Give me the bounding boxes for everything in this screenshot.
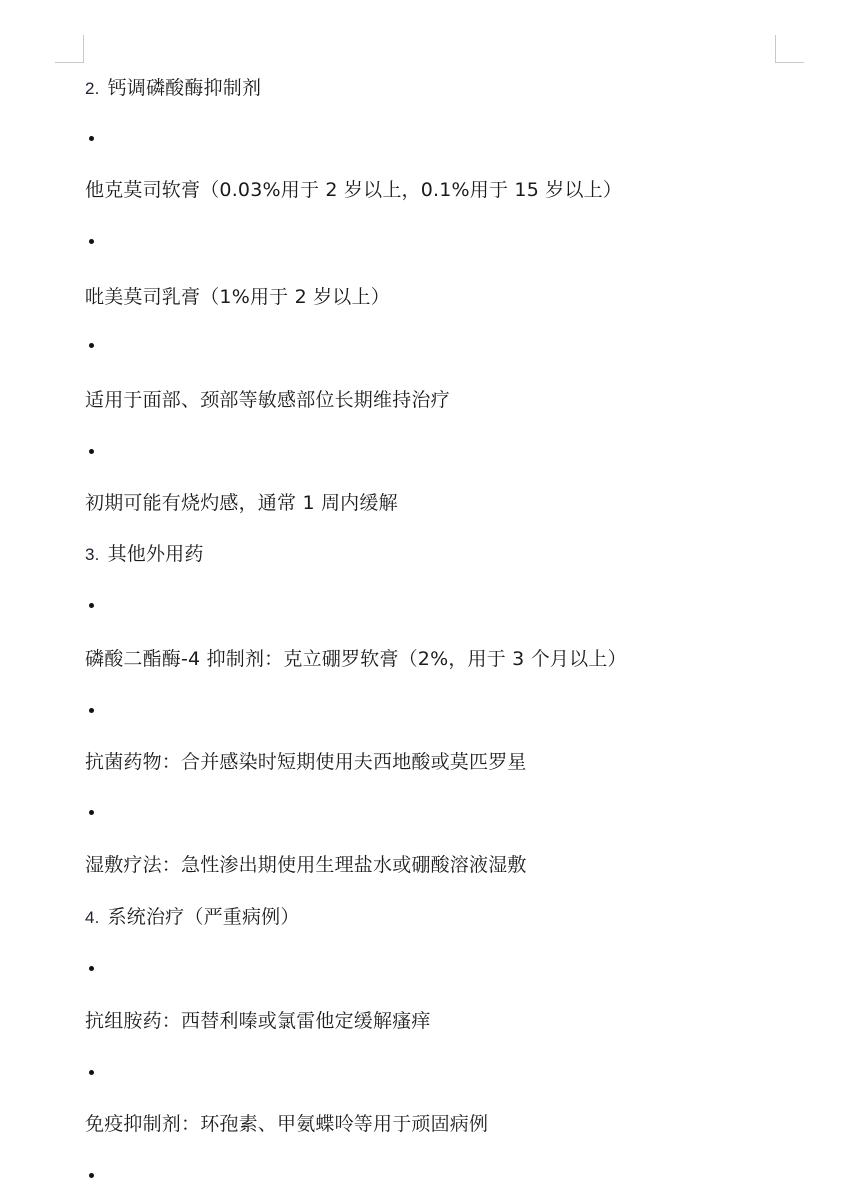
list-item-text[interactable]: 湿敷疗法：急性渗出期使用生理盐水或硼酸溶液湿敷: [85, 851, 527, 879]
bullet-icon: [89, 1173, 94, 1178]
list-item-text[interactable]: 抗组胺药：西替利嗪或氯雷他定缓解瘙痒: [85, 1007, 431, 1035]
heading-number: 4.: [85, 908, 100, 927]
bullet-icon: [89, 603, 94, 608]
page-corner-mark-right: [775, 35, 804, 63]
bullet-icon: [89, 708, 94, 713]
heading-number: 2.: [85, 79, 100, 98]
bullet-icon: [89, 966, 94, 971]
bullet-icon: [89, 1070, 94, 1075]
heading-text: 系统治疗（严重病例）: [108, 906, 300, 928]
bullet-icon: [89, 136, 94, 141]
section-heading-3[interactable]: 3.其他外用药: [85, 540, 204, 568]
heading-text: 其他外用药: [108, 543, 204, 565]
list-item-text[interactable]: 他克莫司软膏（0.03%用于 2 岁以上，0.1%用于 15 岁以上）: [85, 176, 622, 204]
list-item-text[interactable]: 适用于面部、颈部等敏感部位长期维持治疗: [85, 386, 450, 414]
heading-text: 钙调磷酸酶抑制剂: [108, 77, 262, 99]
list-item-text[interactable]: 初期可能有烧灼感，通常 1 周内缓解: [85, 489, 398, 517]
heading-number: 3.: [85, 545, 100, 564]
bullet-icon: [89, 810, 94, 815]
page-corner-mark-left: [55, 35, 84, 63]
section-heading-4[interactable]: 4.系统治疗（严重病例）: [85, 903, 300, 931]
bullet-icon: [89, 239, 94, 244]
section-heading-2[interactable]: 2.钙调磷酸酶抑制剂: [85, 74, 261, 102]
bullet-icon: [89, 449, 94, 454]
list-item-text[interactable]: 免疫抑制剂：环孢素、甲氨蝶呤等用于顽固病例: [85, 1110, 488, 1138]
list-item-text[interactable]: 抗菌药物：合并感染时短期使用夫西地酸或莫匹罗星: [85, 748, 527, 776]
document-page: 2.钙调磷酸酶抑制剂 他克莫司软膏（0.03%用于 2 岁以上，0.1%用于 1…: [0, 0, 842, 1199]
bullet-icon: [89, 343, 94, 348]
list-item-text[interactable]: 磷酸二酯酶-4 抑制剂：克立硼罗软膏（2%，用于 3 个月以上）: [85, 645, 627, 673]
list-item-text[interactable]: 吡美莫司乳膏（1%用于 2 岁以上）: [85, 283, 390, 311]
